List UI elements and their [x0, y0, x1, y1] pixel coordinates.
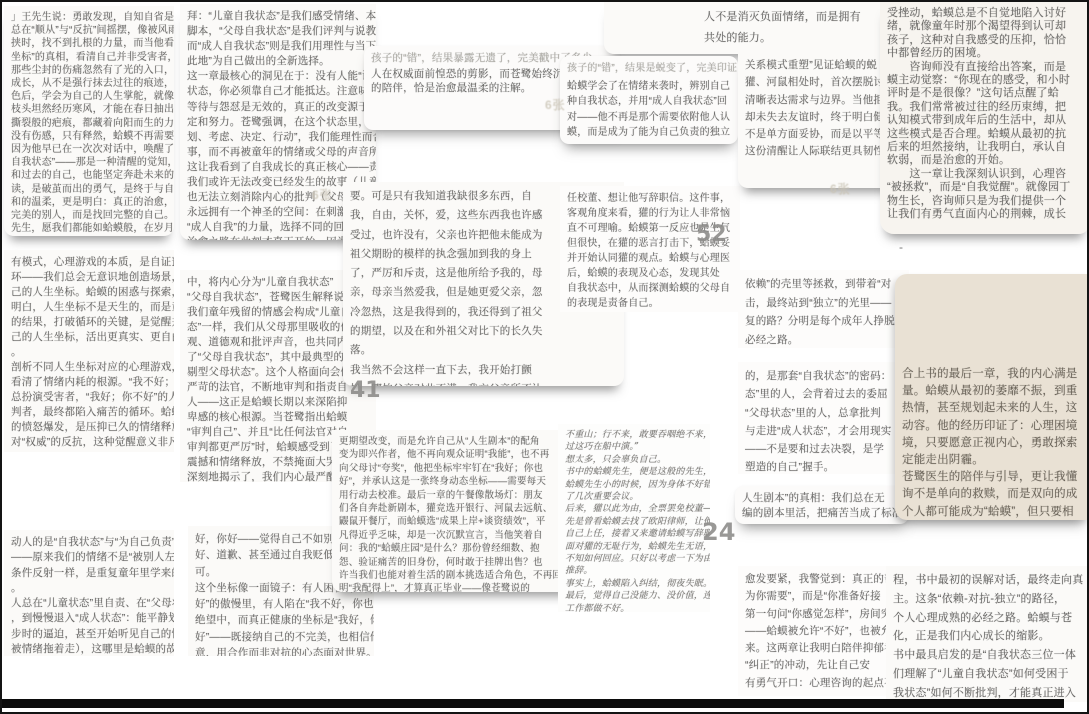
scan-page-accompany-depressed: 愈发要紧，我警觉到：真正的帮 为你需要”，而是“你准备好接 第一句问“你感觉怎样…	[738, 566, 909, 696]
scan-text-6-top: 受挫动，蛤蟆总是不自觉地陷入讨好 绪，就像童年时那个渴望得到认可却 孩子，这种对…	[880, 2, 1089, 227]
scan-page-1-bottom: 动人的是“自我状态”与“为自己负责”这两 ——原来我们的情绪不是“被别人左右”，…	[4, 530, 174, 656]
scan-page-6-bottom: 程，书中最初的误解对话，最终走向真 主。这条“依赖-对抗-独立”的路径， 个人心…	[886, 566, 1089, 702]
scan-text-6-bottom: 程，书中最初的误解对话，最终走向真 主。这条“依赖-对抗-独立”的路径， 个人心…	[886, 566, 1089, 702]
image-count-watermark: 6张	[312, 186, 333, 203]
scan-card-final-chapter: 合上书的最后一章，我的内心满是 量。蛤蟆从最初的萎靡不振，到重 热情，甚至规划起…	[895, 274, 1089, 520]
page-number-41: 41	[350, 378, 381, 403]
scan-text-4-top: 人不是消灭负面情绪，而是拥有 共处的能力。	[604, 2, 909, 54]
scan-text-handwritten-synopsis: 不重山；行不来，敢要吞咽绝不来， 过这巧在船中演。” 想太多，只会辜负自己。 书…	[558, 424, 710, 612]
scan-card-life-script-truth: 人生剧本”的真相：我们总在无 编的剧本里活，把痛苦当成了标准	[735, 486, 909, 524]
page-number-24: 24	[702, 518, 735, 546]
image-count-watermark: 6张	[545, 96, 566, 113]
scan-text-1-bottom: 动人的是“自我状态”与“为自己负责”这两 ——原来我们的情绪不是“被别人左右”，…	[4, 530, 174, 656]
scan-page-dependence-independence: 依赖”的壳里等拯救，到带着“对 击，最终站到“独立”的光里—— 复的路？分明是每…	[738, 270, 909, 348]
scan-page-1-top: 」王先生说：勇敢发现，自知自省是书中珍贵宝石 总在“顺从”与“反抗”间摇摆，像被…	[4, 6, 174, 236]
page-number-52: 52	[696, 222, 727, 247]
scan-text-ego-state-code: 的，是那套“自我状态”的密码： 态”里的人，会背着过去的委屈 “父母状态”里的人…	[738, 362, 909, 474]
scan-text-1-top: 」王先生说：勇敢发现，自知自省是书中珍贵宝石 总在“顺从”与“反抗”间摇摆，像被…	[4, 6, 174, 236]
bottom-black-bar	[2, 699, 1064, 708]
scan-text-life-script-truth: 人生剧本”的真相：我们总在无 编的剧本里活，把痛苦当成了标准	[735, 486, 909, 524]
scan-page-1-middle: 有模式，心理游戏的本质，是自证预言 环——我们总会无意识地创造场景，印 己的人生…	[4, 250, 174, 452]
scan-text-cardD: 蛤蟆学会了在情绪来袭时，辨别自己 种自我状态，并用“成人自我状态”回 对——他不…	[560, 77, 738, 145]
scan-text-badger-incident: 任校董、想让他写辞职信。这件事， 客观角度来看，獾的行为让人非常恼 直不可理喻。…	[560, 186, 740, 312]
scan-text-1-middle: 有模式，心理游戏的本质，是自证预言 环——我们总会无意识地创造场景，印 己的人生…	[4, 250, 174, 452]
stray-mark: -	[899, 240, 903, 254]
scan-collage-canvas: 」王先生说：勇敢发现，自知自省是书中珍贵宝石 总在“顺从”与“反抗”间摇摆，像被…	[0, 0, 1089, 714]
scan-page-4-top-fragment: 人不是消灭负面情绪，而是拥有 共处的能力。	[604, 2, 909, 54]
image-count-watermark: 6张	[830, 180, 851, 197]
scan-page-handwritten-synopsis: 不重山；行不来，敢要吞咽绝不来， 过这巧在船中演。” 想太多，只会辜负自己。 书…	[558, 424, 710, 612]
scan-text-accompany-depressed: 愈发要紧，我警觉到：真正的帮 为你需要”，而是“你准备好接 第一句问“你感觉怎样…	[738, 566, 909, 696]
scan-card-adult-state: 孩子的“错”，结果是蜕变了，完美印证了多少 蛤蟆学会了在情绪来袭时，辨别自己 种…	[560, 56, 738, 144]
scan-text-dependence-independence: 依赖”的壳里等拯救，到带着“对 击，最终站到“独立”的光里—— 复的路？分明是每…	[738, 270, 909, 348]
scan-text-final-chapter: 合上书的最后一章，我的内心满是 量。蛤蟆从最初的萎靡不振，到重 热情，甚至规划起…	[895, 274, 1089, 520]
scan-page-6-top: 受挫动，蛤蟆总是不自觉地陷入讨好 绪，就像童年时那个渴望得到认可却 孩子，这种对…	[880, 2, 1089, 234]
scan-page-ego-state-code: 的，是那套“自我状态”的密码： 态”里的人，会背着过去的委屈 “父母状态”里的人…	[738, 362, 909, 474]
scan-text-cardD-cutline: 孩子的“错”，结果是蜕变了，完美印证了多少	[560, 56, 738, 77]
scan-page-badger-incident: 任校董、想让他写辞职信。这件事， 客观角度来看，獾的行为让人非常恼 直不可理喻。…	[560, 186, 740, 312]
